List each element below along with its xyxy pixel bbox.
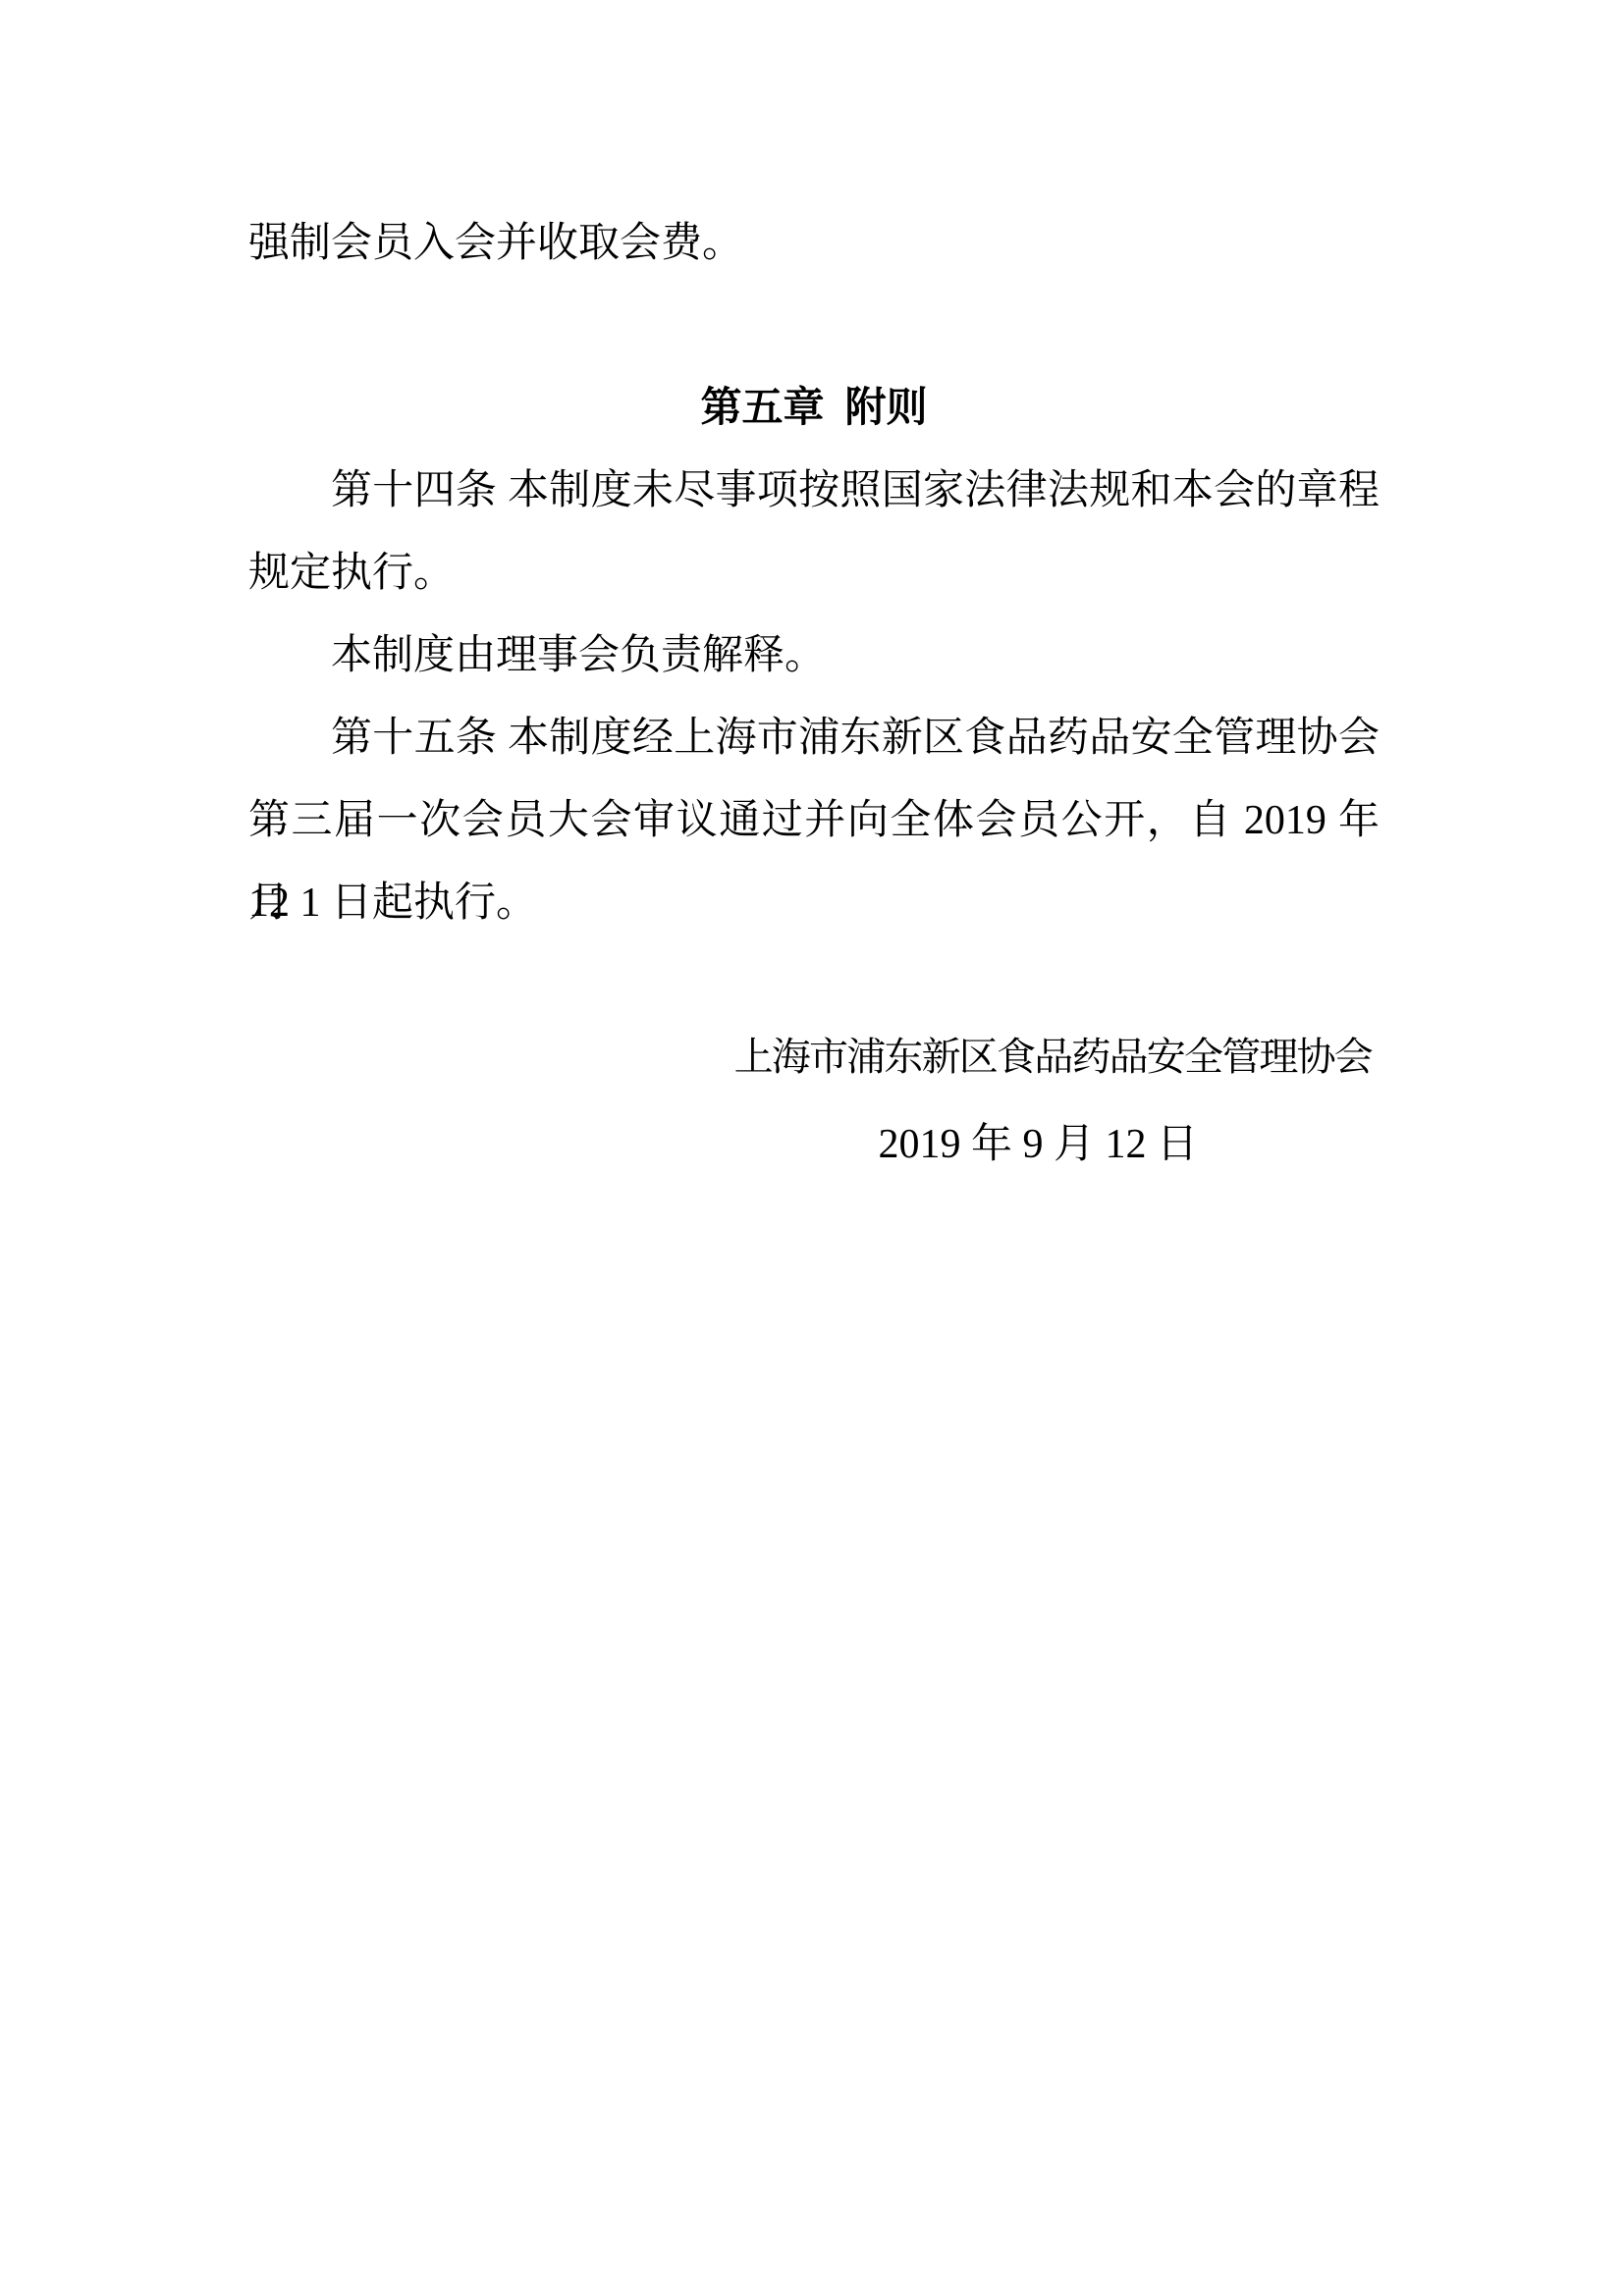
body-line: 本制度由理事会负责解释。 — [248, 614, 1380, 697]
signature-organization: 上海市浦东新区食品药品安全管理协会 — [248, 1016, 1380, 1098]
body-line: 第十五条 本制度经上海市浦东新区食品药品安全管理协会 — [248, 697, 1380, 779]
body-line: 第十四条 本制度未尽事项按照国家法律法规和本会的章程 — [248, 450, 1380, 532]
body-line: 第三届一次会员大会审议通过并向全体会员公开，自 2019 年 12 — [248, 779, 1380, 862]
document-page: 强制会员入会并收取会费。 第五章 附则 第十四条 本制度未尽事项按照国家法律法规… — [0, 0, 1624, 2296]
body-line: 月 1 日起执行。 — [248, 862, 1380, 944]
blank-line — [248, 285, 1380, 367]
signature-date: 2019 年 9 月 12 日 — [248, 1103, 1380, 1186]
chapter-heading: 第五章 附则 — [248, 367, 1380, 450]
body-line: 规定执行。 — [248, 532, 1380, 614]
signature-block: 上海市浦东新区食品药品安全管理协会 2019 年 9 月 12 日 — [248, 1016, 1380, 1186]
body-line: 强制会员入会并收取会费。 — [248, 202, 1380, 285]
